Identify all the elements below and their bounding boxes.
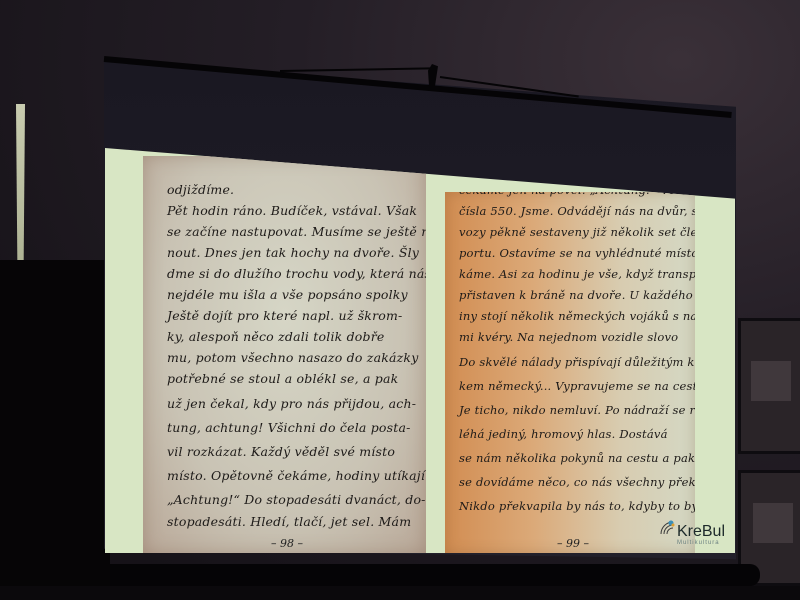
handwritten-line: vil rozkázat. Každý věděl své místo [167,444,395,459]
handwritten-line: Ještě dojít pro které napl. už škrom- [167,308,402,323]
manuscript-page-left: odjiždíme. Pět hodin ráno. Budíček, vstá… [143,156,426,554]
handwritten-line: dme si do dlužího trochu vody, která nás… [167,266,426,281]
handwritten-line: odjiždíme. [167,182,234,197]
logo-name: KreBul [677,524,725,540]
handwritten-line: vozy pěkně sestaveny již několik set čle… [459,225,695,239]
handwritten-line: se začíne nastupovat. Musíme se ještě ro… [167,224,426,239]
floor [0,586,800,600]
handwritten-line: potřebné se stoul a oblékl se, a pak [167,371,398,386]
handwritten-line: nout. Dnes jen tak hochy na dvoře. Šly [167,245,419,260]
handwritten-line: Je ticho, nikdo nemluví. Po nádraží se r… [459,403,695,417]
handwritten-line: mi kvéry. Na nejednom vozidle slovo [459,330,678,344]
wall-light-strip [16,104,25,264]
krebul-logo: KreBul Multikultura [677,524,725,547]
room-shadow [0,260,110,600]
handwritten-line: se nám několika pokynů na cestu a pak [459,451,695,465]
page-number: – 99 – [557,537,589,550]
logo-mark-icon [659,520,675,536]
handwritten-line: místo. Opětovně čekáme, hodiny utíkají. [167,468,426,483]
handwritten-line: nejdéle mu išla a vše popsáno spolky [167,287,408,302]
handwritten-line: portu. Ostavíme se na vyhlédnuté místo a… [459,246,695,260]
handwritten-line: čísla 550. Jsme. Odvádějí nás na dvůr, s… [459,204,695,218]
handwritten-line: Do skvělé nálady přispívají důležitým kr… [459,355,695,369]
wall-picture-frame [738,318,800,454]
handwritten-line: přistaven k bráně na dvoře. U každého sk… [459,288,695,302]
handwritten-line: stopadesáti. Hledí, tlačí, jet sel. Mám [167,514,411,529]
projected-slide: odjiždíme. Pět hodin ráno. Budíček, vstá… [105,148,735,553]
page-number: – 98 – [271,537,303,550]
handwritten-line: káme. Asi za hodinu je vše, když transpo… [459,267,695,281]
manuscript-page-right: čísla 520. Ke chvíli půjdeme. Jsme připr… [445,192,695,554]
handwritten-line: už jen čekal, kdy pro nás přijdou, ach- [167,396,416,411]
handwritten-line: mu, potom všechno nasazo do zakázky [167,350,418,365]
logo-tagline: Multikultura [677,540,725,547]
handwritten-line: „Achtung!“ Do stopadesáti dvanáct, do- [167,492,426,507]
handwritten-line: Nikdo překvapila by nás to, kdyby to byl… [459,499,695,513]
screen-bottom-bar [110,564,760,586]
handwritten-line: iny stojí několik německých vojáků s nab… [459,309,695,323]
handwritten-line: kem německý... Vypravujeme se na cestu t… [459,379,695,393]
handwritten-line: čekáme jen na povel. „Achtung!“ Všichni,… [459,192,695,197]
screen-hanger-cord [280,67,430,72]
handwritten-line: Pět hodin ráno. Budíček, vstával. Však [167,203,417,218]
handwritten-line: tung, achtung! Všichni do čela posta- [167,420,411,435]
handwritten-line: se dovídáme něco, co nás všechny překvap… [459,475,695,489]
handwritten-line: léhá jediný, hromový hlas. Dostává [459,427,668,441]
handwritten-line: ky, alespoň něco zdali tolik dobře [167,329,385,344]
